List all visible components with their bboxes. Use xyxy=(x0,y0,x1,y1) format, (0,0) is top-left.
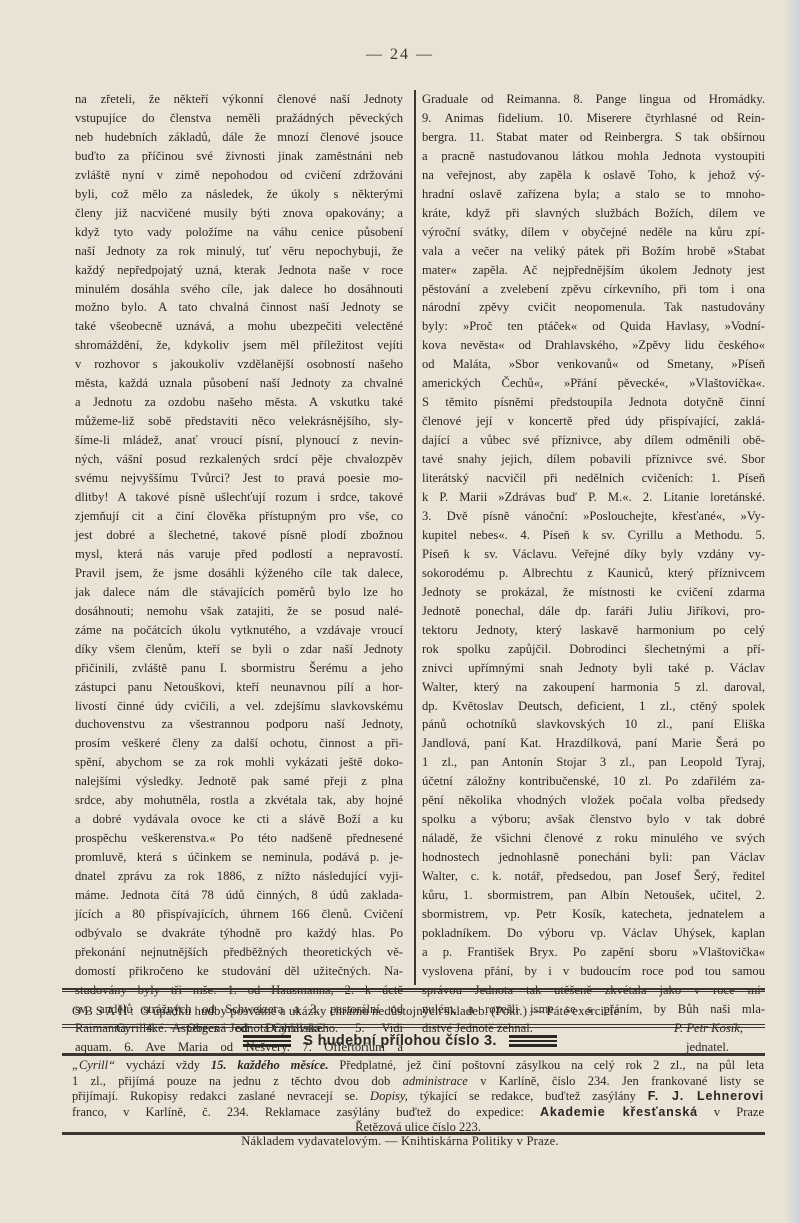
text-line: záme na počátcích úkolu vytknutého, a vz… xyxy=(75,621,403,640)
text-line: kůru, 1. sbormistrem, pan Albín Netoušek… xyxy=(422,886,765,905)
text-line: členy již nacvičené musily býti znova op… xyxy=(75,204,403,223)
text-line: dnatel zprávu za rok 1886, z nížto násle… xyxy=(75,867,403,886)
text-line: sbormistrem, vp. Petr Kosík, katecheta, … xyxy=(422,905,765,924)
text-line: pokladníkem. Do výboru vp. Václav Uhýsek… xyxy=(422,924,765,943)
text-line: dosáhnouti; nemohu však zatajiti, že se … xyxy=(75,602,403,621)
text-line: Jandlová, paní Kat. Hrazdílková, paní Ma… xyxy=(422,734,765,753)
left-column: na zřeteli, že někteří výkonní členové n… xyxy=(75,90,403,1057)
supplement-title: S hudební přílohou číslo 3. xyxy=(303,1033,496,1049)
text-line: znivci upřímnými snah Jednoty byli také … xyxy=(422,659,765,678)
right-column: Graduale od Reimanna. 8. Pange lingua od… xyxy=(422,90,765,1057)
text-line: šíme-li mládež, anať vroucí písní, plyno… xyxy=(75,431,403,450)
contents-top-rule-thin xyxy=(62,991,765,992)
text-line: neb hudebních základů, dále že mnozí čle… xyxy=(75,128,403,147)
text-line: účetní záložny kontribučenské, 10 zl. Po… xyxy=(422,772,765,791)
text-line: kráte, když při slavných službách Božích… xyxy=(422,204,765,223)
text-line: hodnostech jednohlasně ponecháni byli: p… xyxy=(422,848,765,867)
contents-bottom-rule xyxy=(62,1024,765,1025)
text-line: města, každá uznala působení naší Jednot… xyxy=(75,374,403,393)
text-line: také všeobecně uznává, a mohu ubezpečiti… xyxy=(75,317,403,336)
text-line: mysl, která nás varuje před podlostí a n… xyxy=(75,545,403,564)
text-line: na zřeteli, že někteří výkonní členové n… xyxy=(75,90,403,109)
text-line: náladě, že všichni členové z roku minulé… xyxy=(422,829,765,848)
text-line: máme. Jednota čítá 78 údů činných, 8 údů… xyxy=(75,886,403,905)
text-line: srdce, aby mohutněla, rostla a zkvétala … xyxy=(75,791,403,810)
notice-line-3: přijímají. Rukopisy redakci zaslané nevr… xyxy=(72,1089,764,1105)
text-line: členové její v koncertě před údy přispív… xyxy=(422,412,765,431)
text-line: ných, vášní posud rezkalených srdcí pěje… xyxy=(75,450,403,469)
text-line: jících a 80 přispívajících, úhrnem 166 č… xyxy=(75,905,403,924)
text-line: vyslovena přání, by i v budoucím roce po… xyxy=(422,962,765,981)
text-line: dlitby! A takové písně ušlechťují rozum … xyxy=(75,488,403,507)
text-line: a p. František Bryx. Po zapění sboru »Vl… xyxy=(422,943,765,962)
contents-label: OBSAH: xyxy=(72,1004,137,1018)
text-line: Píseň k sv. Václavu. Veřejné díky byly v… xyxy=(422,545,765,564)
text-line: tektoru Jednoty, který laskavě harmonium… xyxy=(422,621,765,640)
text-line: překonání nejnutnějších předběžných theo… xyxy=(75,943,403,962)
text-line: zjemňují cit a činí člověka přístupným p… xyxy=(75,507,403,526)
text-line: Walter, c. k. notář, předsedou, pan Jose… xyxy=(422,867,765,886)
ornament-bars-left xyxy=(243,1033,291,1049)
contents-section: OBSAH: O úpadku hudby posvátné a ukázky … xyxy=(72,1003,762,1037)
text-line: kova nevěsta« od Drahlavského, »Zpěvy li… xyxy=(422,336,765,355)
text-line: k P. Marii »Zdrávas buď P. M.«. 2. Litan… xyxy=(422,488,765,507)
text-line: spění, abychom se za rok mohli vykázati … xyxy=(75,753,403,772)
text-line: a dobré vydávala ovoce ke cti a slávě Bo… xyxy=(75,810,403,829)
text-line: 1 zl., pan Antonín Stojar 3 zl., pan Leo… xyxy=(422,753,765,772)
column-divider xyxy=(414,90,416,985)
text-line: v rozhovor s jakoukoliv vzdělanější osob… xyxy=(75,355,403,374)
text-line: prosím veškeré členy za další ochotu, či… xyxy=(75,734,403,753)
text-line: naší Jednoty za rok minulý, tuť věru nep… xyxy=(75,242,403,261)
text-line: mater« zapěla. Ač nejpřednějším úkolem J… xyxy=(422,261,765,280)
contents-bottom-rule-2 xyxy=(62,1027,765,1028)
page-number: — 24 — xyxy=(0,46,800,64)
text-line: nalejšími výsledky. Jednotě pak samé pře… xyxy=(75,772,403,791)
text-line: vstupujíce do členstva neměli pražádných… xyxy=(75,109,403,128)
text-line: prospěchu veškerenstva.« Po této nadšeně… xyxy=(75,829,403,848)
text-line: na veřejnost, aby zapěla k oslavě Toho, … xyxy=(422,166,765,185)
text-line: shromáždění, že, kdykoliv jsem měl příle… xyxy=(75,336,403,355)
text-line: jak dalece nám dle stávajících poměrů by… xyxy=(75,583,403,602)
text-line: díky všem členům, kteří se byli o zdar n… xyxy=(75,640,403,659)
text-line: 9. Animas fidelium. 10. Miserere čtyrhla… xyxy=(422,109,765,128)
text-line: Pravil jsem, že jsme dosáhli kýženého cí… xyxy=(75,564,403,583)
text-line: přičinili, zvláště panu I. sbormistru Še… xyxy=(75,659,403,678)
text-line: dp. Květoslav Deutsch, deficient, 1 zl.,… xyxy=(422,697,765,716)
text-line: byly: »Proč ten ptáček« od Quida Havlasy… xyxy=(422,317,765,336)
text-line: zástupci panu Netouškovi, kteří neunavno… xyxy=(75,678,403,697)
text-line: od Maláta, »Sbor venkovanů« od Smetany, … xyxy=(422,355,765,374)
text-line: literátský nacvičil při nedělních cvičen… xyxy=(422,469,765,488)
text-line: byli, což mělo za následek, že úkoly s n… xyxy=(75,185,403,204)
text-line: pěstování a zvelebení zpěvu církevního, … xyxy=(422,280,765,299)
notice-top-rule xyxy=(62,1053,765,1056)
text-line: jest dobré a šlechetné, takové písně plo… xyxy=(75,526,403,545)
text-line: a pracně nastudovanou látkou mohla Jedno… xyxy=(422,147,765,166)
text-line: Jednoty se prokázal, že místnosti ke cvi… xyxy=(422,583,765,602)
text-line: spolku a výboru; avšak členstvo bylo v t… xyxy=(422,810,765,829)
contents-line-1: O úpadku hudby posvátné a ukázky chrámu … xyxy=(140,1004,619,1018)
text-line: sokorodému p. Albrechtu z Kauniců, který… xyxy=(422,564,765,583)
text-line: a Jednotu za ozdobu našeho města. A vsku… xyxy=(75,393,403,412)
text-line: zvláště nyní v zimě nepohodou od cvičení… xyxy=(75,166,403,185)
text-line: bergra. 11. Stabat mater od Reinbergra. … xyxy=(422,128,765,147)
text-line: pánů ochotníků slavkovských 10 zl., paní… xyxy=(422,715,765,734)
notice-line-1: „Cyrill“ vychází vždy 15. každého měsíce… xyxy=(72,1058,764,1074)
text-line: 3. Dvě písně vánoční: »Poslouchejte, kře… xyxy=(422,507,765,526)
text-line: tavé snahy jejich, dílem pobavili přízni… xyxy=(422,450,765,469)
text-line: buďto za příčinou své živnosti jinak zam… xyxy=(75,147,403,166)
text-line: odbývalo se dvakráte týhodně pro každý h… xyxy=(75,924,403,943)
text-line: promluvě, která s účinkem se neminula, p… xyxy=(75,848,403,867)
text-line: pění několika vhodných vložek počala vol… xyxy=(422,791,765,810)
text-line: hradní oslavě zařízena byla; a stalo se … xyxy=(422,185,765,204)
text-line: livostí činné údy cvičili, a vel. zdejší… xyxy=(75,697,403,716)
article-columns: na zřeteli, že někteří výkonní členové n… xyxy=(75,90,765,985)
supplement-heading: S hudební přílohou číslo 3. xyxy=(0,1033,800,1049)
text-line: svému nejvyššímu Tvůrci? Jest to pravá p… xyxy=(75,469,403,488)
text-line: výroční svátky, dílem v obyčejné neděle … xyxy=(422,223,765,242)
text-line: duchovenstvu za všestrannou podporu naší… xyxy=(75,715,403,734)
text-line: možno bylo. A tato chvalná činnost naší … xyxy=(75,298,403,317)
text-line: Jednotě ponechal, dále dp. faráři Juliu … xyxy=(422,602,765,621)
ornament-bars-right xyxy=(509,1033,557,1049)
text-line: národní zpěvy cvičit neopomenula. Tak na… xyxy=(422,298,765,317)
notice-line-2: 1 zl., přijímá pouze na jednu z těchto d… xyxy=(72,1074,764,1090)
text-line: když tyto vady položíme na váhu cenice p… xyxy=(75,223,403,242)
text-line: můžeme-liž sobě představiti něco velekrá… xyxy=(75,412,403,431)
text-line: kupitel nebes«. 4. Píseň k sv. Cyrillu a… xyxy=(422,526,765,545)
text-line: Graduale od Reimanna. 8. Pange lingua od… xyxy=(422,90,765,109)
text-line: S těmito písněmi předstoupila Jednota do… xyxy=(422,393,765,412)
text-line: amerických Čechů«, »Přání pěvecké«, »Vla… xyxy=(422,374,765,393)
text-line: vala a večer na veliký pátek při Božím h… xyxy=(422,242,765,261)
contents-top-rule xyxy=(62,988,765,990)
text-line: domostí přikročeno ke studování děl užit… xyxy=(75,962,403,981)
imprint-footer: Nákladem vydavatelovým. — Knihtiskárna P… xyxy=(0,1134,800,1149)
notice-line-4: franco, v Karlíně, č. 234. Reklamace zas… xyxy=(72,1105,764,1121)
text-line: minulém dosáhla svého cíle, jak dalece h… xyxy=(75,280,403,299)
text-line: Walter, který na zakoupení harmonia 5 zl… xyxy=(422,678,765,697)
text-line: každý nepředpojatý uzná, kterak Jednota … xyxy=(75,261,403,280)
text-line: dající a vůbec své příznivce, aby dílem … xyxy=(422,431,765,450)
text-line: rok spolku zapůjčil. Dobrodinci šlechetn… xyxy=(422,640,765,659)
publication-notice: „Cyrill“ vychází vždy 15. každého měsíce… xyxy=(72,1058,764,1136)
